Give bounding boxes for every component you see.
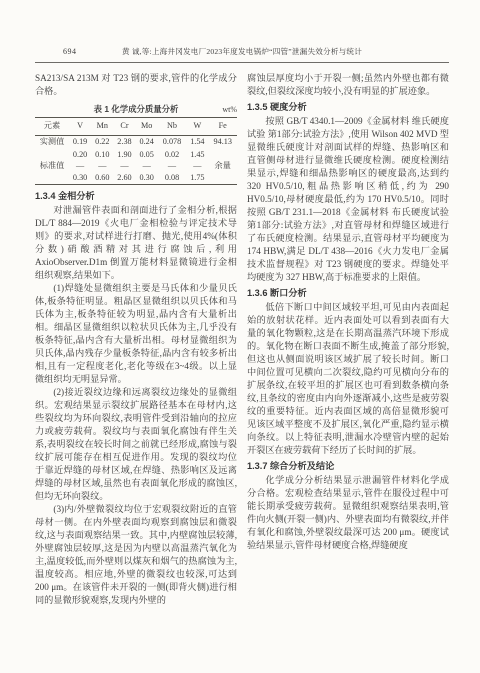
paragraph: (3)内/外壁微裂纹均位于宏观裂纹附近的直管母材一侧。在内外壁表面均观察到腐蚀层… (35, 503, 237, 607)
section-heading-1-3-5: 1.3.5 硬度分析 (247, 101, 449, 114)
table-cell: — (69, 161, 91, 173)
table-cell: 2.38 (113, 135, 135, 149)
table-cell: V (69, 118, 91, 136)
table-cell: 94.13 (208, 135, 237, 149)
table-header-row: 元素 V Mn Cr Mo Nb W Fe (35, 118, 237, 136)
table-cell: Mn (91, 118, 113, 136)
paragraph: 低倍下断口中间区域较平坦,可见由内表面起始的放射状花样。近内表面处可以看到表面有… (247, 301, 449, 457)
table-row-measured: 实测值 0.19 0.22 2.38 0.24 0.078 1.54 94.13 (35, 135, 237, 149)
table-cell: 0.10 (91, 149, 113, 161)
table-cell: 0.30 (136, 172, 158, 184)
table-cell: — (186, 161, 208, 173)
table-cell: 0.24 (136, 135, 158, 149)
table-cell: 0.19 (69, 135, 91, 149)
paragraph: 对泄漏管件表面和剖面进行了金相分析,根据 DL/T 884—2019《火电厂金相… (35, 204, 237, 282)
table-cell: — (91, 161, 113, 173)
section-heading-1-3-6: 1.3.6 断口分析 (247, 287, 449, 300)
section-heading-1-3-7: 1.3.7 综合分析及结论 (247, 460, 449, 473)
table-cell: — (113, 161, 135, 173)
table-cell: Nb (158, 118, 187, 136)
page-number: 694 (63, 47, 77, 56)
page-header: 694 黄 诚,等:上海井冈发电厂2023年度发电锅炉“四管”泄漏失效分析与统计 (35, 46, 449, 59)
table-row-standard-min: 0.20 0.10 1.90 0.05 0.02 1.45 (35, 149, 237, 161)
table-cell: W (186, 118, 208, 136)
table-cell: 1.75 (186, 172, 208, 184)
paragraph: 按照 GB/T 4340.1—2009《金属材料 维氏硬度试验 第1部分:试验方… (247, 115, 449, 284)
table-cell: 0.60 (91, 172, 113, 184)
table-row-standard-max: 0.30 0.60 2.60 0.30 0.08 1.75 (35, 172, 237, 184)
paragraph: (2)接近裂纹边缘和远离裂纹边缘处的显微组织。宏观结果显示裂纹扩展路径基本在母材… (35, 386, 237, 503)
table-caption-text: 表 1 化学成分质量分析 (94, 104, 179, 114)
paragraph: (1)焊缝处显微组织主要是马氏体和少量贝氏体,板条特征明显。粗晶区显微组织以贝氏… (35, 282, 237, 386)
table-cell (35, 149, 69, 161)
header-rule (35, 62, 449, 63)
table-cell: — (158, 161, 187, 173)
table-caption: 表 1 化学成分质量分析 wt% (35, 104, 237, 114)
table-unit-label: wt% (222, 105, 237, 115)
chemical-composition-table: 元素 V Mn Cr Mo Nb W Fe 实测值 0.19 0.22 2.38 (35, 117, 237, 185)
table-cell: — (136, 161, 158, 173)
table-cell: 1.45 (186, 149, 208, 161)
table-cell: 0.20 (69, 149, 91, 161)
paragraph: 化学成分分析结果显示泄漏管件材料化学成分合格。宏观检查结果显示,管件在服役过程中… (247, 474, 449, 552)
running-title: 黄 诚,等:上海井冈发电厂2023年度发电锅炉“四管”泄漏失效分析与统计 (35, 46, 449, 57)
table-cell: 元素 (35, 118, 69, 136)
table-cell (208, 172, 237, 184)
table-cell (208, 149, 237, 161)
table-cell: 余量 (208, 161, 237, 173)
paragraph-continuation: SA213/SA 213M 对 T23 钢的要求,管件的化学成分合格。 (35, 72, 237, 98)
table-cell: 0.08 (158, 172, 187, 184)
journal-page: 694 黄 诚,等:上海井冈发电厂2023年度发电锅炉“四管”泄漏失效分析与统计… (0, 0, 480, 673)
table-cell: Cr (113, 118, 135, 136)
table-row-standard-mid: 标准值 — — — — — — 余量 (35, 161, 237, 173)
table-cell: 0.22 (91, 135, 113, 149)
table-1-block: 表 1 化学成分质量分析 wt% 元素 V Mn Cr Mo Nb W Fe (35, 104, 237, 185)
table-cell: 标准值 (35, 161, 69, 173)
section-heading-1-3-4: 1.3.4 金相分析 (35, 190, 237, 203)
table-cell (35, 172, 69, 184)
table-cell: 0.05 (136, 149, 158, 161)
table-cell: 1.90 (113, 149, 135, 161)
table-cell: Fe (208, 118, 237, 136)
table-cell: 0.02 (158, 149, 187, 161)
table-cell: Mo (136, 118, 158, 136)
table-cell: 实测值 (35, 135, 69, 149)
right-column: 腐蚀层厚度均小于开裂一侧;虽然内外壁也都有微裂纹,但裂纹深度均较小,没有明显的扩… (247, 72, 449, 607)
paragraph-continuation: 腐蚀层厚度均小于开裂一侧;虽然内外壁也都有微裂纹,但裂纹深度均较小,没有明显的扩… (247, 72, 449, 98)
table-cell: 1.54 (186, 135, 208, 149)
table-cell: 0.078 (158, 135, 187, 149)
two-column-body: SA213/SA 213M 对 T23 钢的要求,管件的化学成分合格。 表 1 … (35, 72, 449, 607)
table-cell: 2.60 (113, 172, 135, 184)
left-column: SA213/SA 213M 对 T23 钢的要求,管件的化学成分合格。 表 1 … (35, 72, 237, 607)
table-cell: 0.30 (69, 172, 91, 184)
